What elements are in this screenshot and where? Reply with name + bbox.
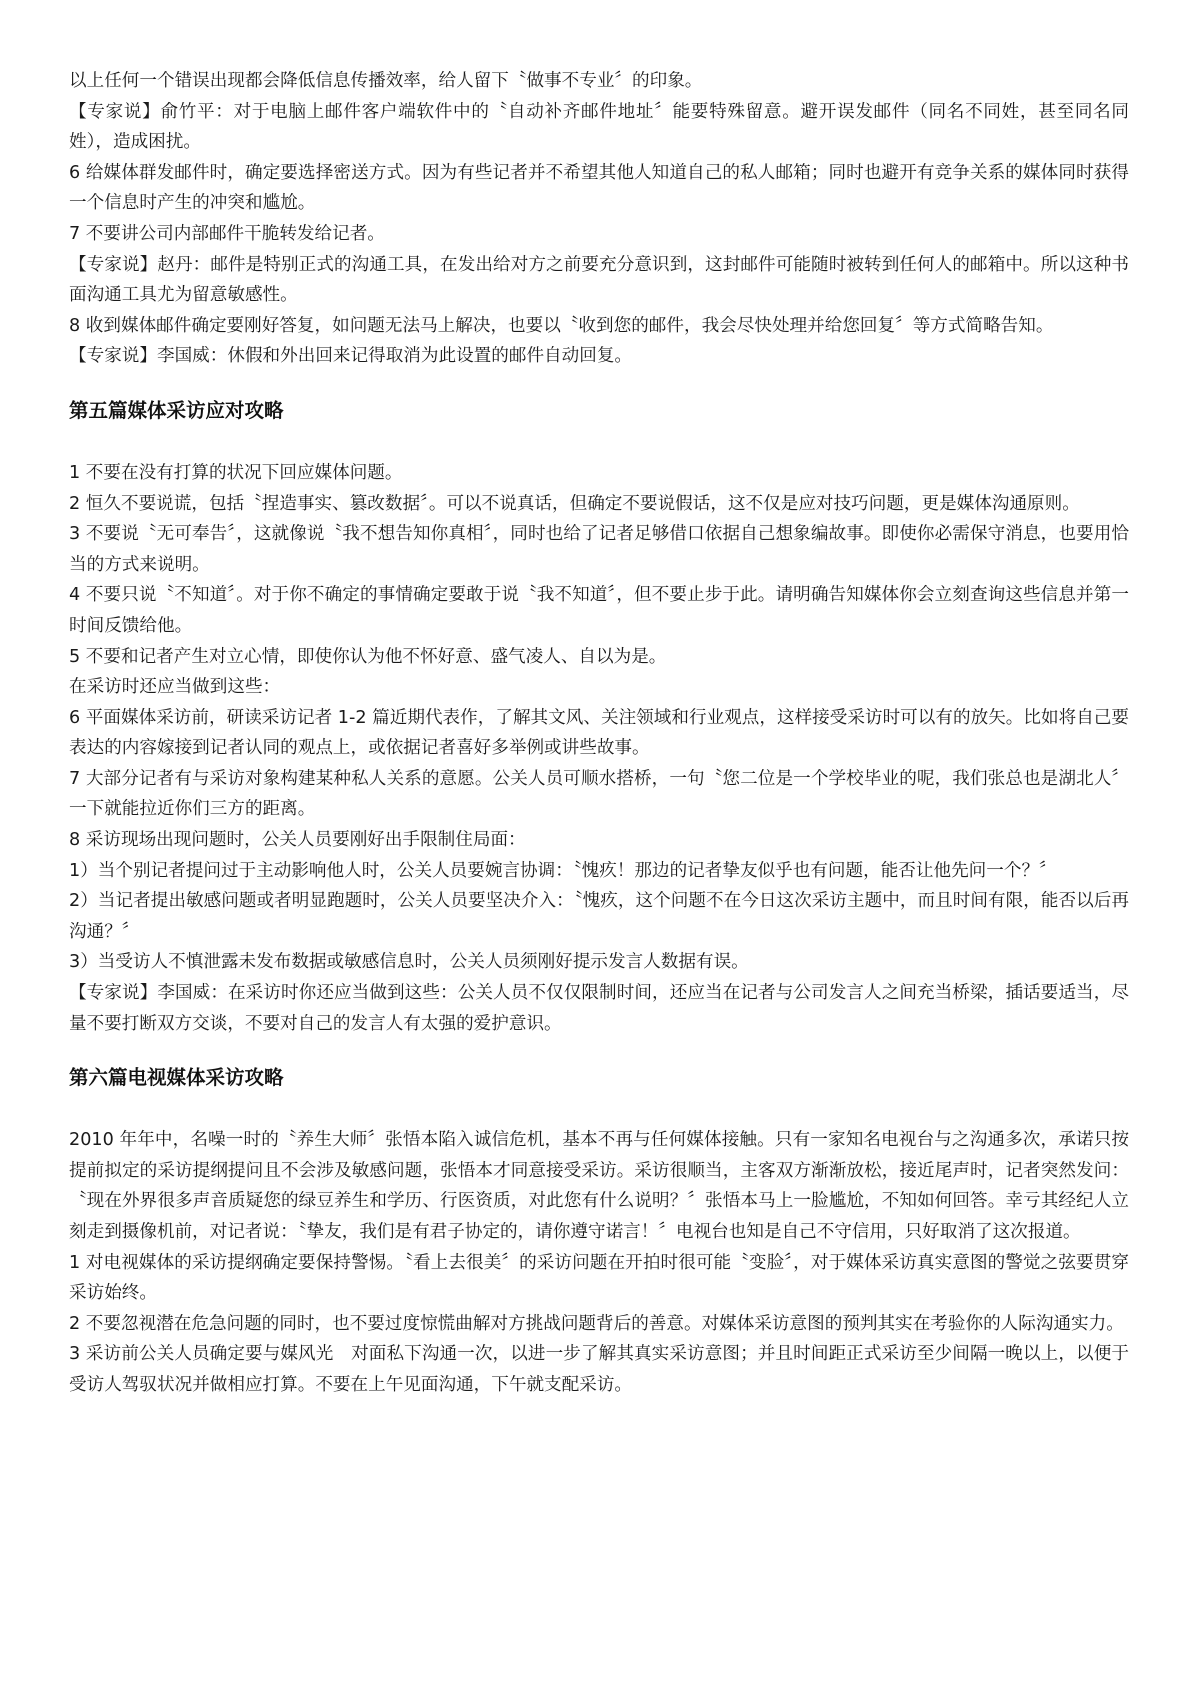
- list-item: 7 不要讲公司内部邮件干脆转发给记者。: [69, 219, 1129, 250]
- expert-note: 【专家说】俞竹平：对于电脑上邮件客户端软件中的〝自动补齐邮件地址〞能要特殊留意。…: [69, 97, 1129, 158]
- intro-paragraph: 以上任何一个错误出现都会降低信息传播效率，给人留下〝做事不专业〞的印象。: [69, 66, 1129, 97]
- spacer: [69, 426, 1129, 458]
- paragraph: 在采访时还应当做到这些：: [69, 672, 1129, 703]
- section-heading: 第六篇电视媒体采访攻略: [69, 1063, 1129, 1093]
- list-item: 7 大部分记者有与采访对象构建某种私人关系的意愿。公关人员可顺水搭桥，一句〝您二…: [69, 764, 1129, 825]
- sub-list-item: 1）当个别记者提问过于主动影响他人时，公关人员要婉言协调：〝愧疚！那边的记者挚友…: [69, 856, 1129, 887]
- list-item: 2 不要忽视潜在危急问题的同时，也不要过度惊慌曲解对方挑战问题背后的善意。对媒体…: [69, 1309, 1129, 1340]
- expert-note: 【专家说】李国威：在采访时你还应当做到这些：公关人员不仅仅限制时间，还应当在记者…: [69, 978, 1129, 1039]
- spacer: [69, 372, 1129, 396]
- spacer: [69, 1039, 1129, 1063]
- paragraph: 2010 年年中，名噪一时的〝养生大师〞张悟本陷入诚信危机，基本不再与任何媒体接…: [69, 1125, 1129, 1247]
- list-item: 5 不要和记者产生对立心情，即使你认为他不怀好意、盛气凌人、自以为是。: [69, 642, 1129, 673]
- sub-list-item: 3）当受访人不慎泄露未发布数据或敏感信息时，公关人员须刚好提示发言人数据有误。: [69, 947, 1129, 978]
- list-item: 3 不要说〝无可奉告〞，这就像说〝我不想告知你真相〞，同时也给了记者足够借口依据…: [69, 519, 1129, 580]
- list-item: 1 对电视媒体的采访提纲确定要保持警惕。〝看上去很美〞的采访问题在开拍时很可能〝…: [69, 1248, 1129, 1309]
- sub-list-item: 2）当记者提出敏感问题或者明显跑题时，公关人员要坚决介入：〝愧疚，这个问题不在今…: [69, 886, 1129, 947]
- list-item: 1 不要在没有打算的状况下回应媒体问题。: [69, 458, 1129, 489]
- list-item: 2 恒久不要说谎，包括〝捏造事实、篡改数据〞。可以不说真话，但确定不要说假话，这…: [69, 489, 1129, 520]
- expert-note: 【专家说】赵丹：邮件是特别正式的沟通工具，在发出给对方之前要充分意识到，这封邮件…: [69, 250, 1129, 311]
- list-item: 3 采访前公关人员确定要与媒风光 对面私下沟通一次，以进一步了解其真实采访意图；…: [69, 1339, 1129, 1400]
- list-item: 6 平面媒体采访前，研读采访记者 1-2 篇近期代表作，了解其文风、关注领域和行…: [69, 703, 1129, 764]
- list-item: 8 收到媒体邮件确定要刚好答复，如问题无法马上解决，也要以〝收到您的邮件，我会尽…: [69, 311, 1129, 342]
- list-item: 6 给媒体群发邮件时，确定要选择密送方式。因为有些记者并不希望其他人知道自己的私…: [69, 158, 1129, 219]
- document-page: 以上任何一个错误出现都会降低信息传播效率，给人留下〝做事不专业〞的印象。 【专家…: [69, 66, 1129, 1401]
- expert-note: 【专家说】李国威：休假和外出回来记得取消为此设置的邮件自动回复。: [69, 341, 1129, 372]
- section-heading: 第五篇媒体采访应对攻略: [69, 396, 1129, 426]
- list-item: 8 采访现场出现问题时，公关人员要刚好出手限制住局面：: [69, 825, 1129, 856]
- spacer: [69, 1093, 1129, 1125]
- list-item: 4 不要只说〝不知道〞。对于你不确定的事情确定要敢于说〝我不知道〞，但不要止步于…: [69, 580, 1129, 641]
